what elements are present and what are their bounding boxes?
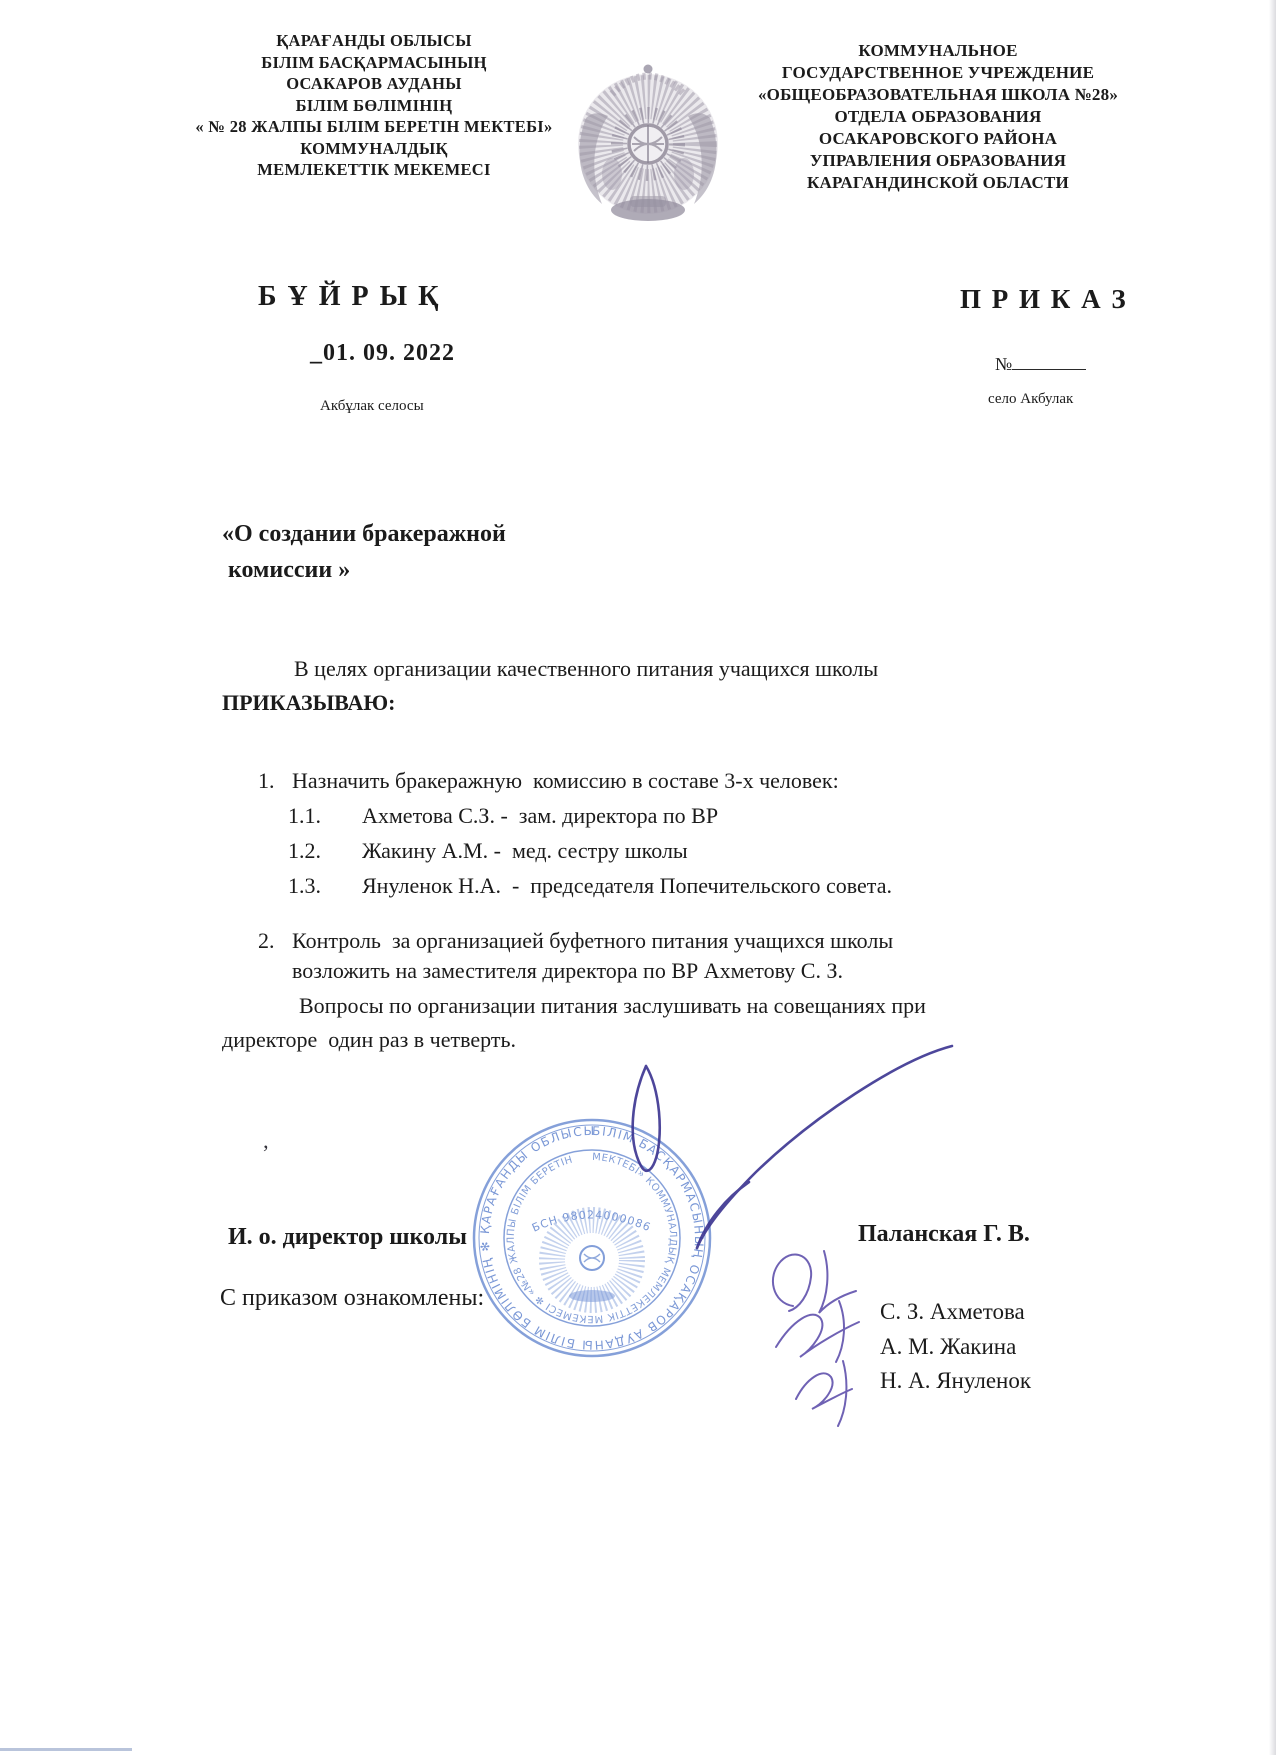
org-name-kazakh-line: БІЛІМ БАСҚАРМАСЫНЫҢ (178, 52, 570, 74)
order-subject: «О создании бракеражной комиссии » (222, 516, 506, 588)
org-name-russian: КОММУНАЛЬНОЕ ГОСУДАРСТВЕННОЕ УЧРЕЖДЕНИЕ … (733, 40, 1143, 194)
subitem-number: 1.3. (288, 868, 362, 903)
org-name-kazakh-line: ОСАКАРОВ АУДАНЫ (178, 73, 570, 95)
intro-paragraph: В целях организации качественного питани… (222, 653, 1102, 685)
order-item-2-line-3: Вопросы по организации питания заслушива… (299, 993, 926, 1019)
order-title-russian: П Р И К А З (960, 284, 1180, 315)
decree-word: ПРИКАЗЫВАЮ: (222, 690, 395, 716)
subitem-number: 1.2. (288, 833, 362, 868)
order-number-label: № (995, 354, 1012, 374)
org-name-russian-line: КАРАГАНДИНСКОЙ ОБЛАСТИ (733, 172, 1143, 194)
signer-position-label: И. о. директор школы (228, 1224, 467, 1251)
acknowledged-label: С приказом ознакомлены: (220, 1285, 484, 1312)
kazakhstan-emblem-icon (572, 52, 722, 232)
org-name-kazakh-line: КОММУНАЛДЫҚ (178, 138, 570, 160)
order-title-kazakh: Б Ұ Й Р Ы Қ (258, 281, 508, 313)
acknowledged-name: С. З. Ахметова (880, 1295, 1031, 1330)
order-subitem-2: 1.2. Жакину А.М. - мед. сестру школы (288, 833, 1188, 868)
order-place-kazakh: Акбұлак селосы (320, 398, 424, 415)
org-name-kazakh-line: « № 28 ЖАЛПЫ БІЛІМ БЕРЕТІН МЕКТЕБІ» (178, 116, 570, 138)
org-name-kazakh: ҚАРАҒАНДЫ ОБЛЫСЫ БІЛІМ БАСҚАРМАСЫНЫҢ ОСА… (178, 30, 570, 181)
org-name-russian-line: ОТДЕЛА ОБРАЗОВАНИЯ (733, 106, 1143, 128)
subject-line-2: комиссии » (222, 552, 506, 588)
org-name-russian-line: ГОСУДАРСТВЕННОЕ УЧРЕЖДЕНИЕ (733, 62, 1143, 84)
scan-edge-right (1269, 0, 1276, 1755)
acknowledgment-signatures-ink (773, 1251, 859, 1426)
org-name-russian-line: «ОБЩЕОБРАЗОВАТЕЛЬНАЯ ШКОЛА №28» (733, 84, 1143, 106)
order-item-2: 2. Контроль за организацией буфетного пи… (258, 924, 1158, 958)
subitem-number: 1.1. (288, 798, 362, 833)
order-number: № (995, 353, 1086, 375)
order-date: _01. 09. 2022 (310, 340, 455, 367)
order-item-2-line-2: возложить на заместителя директора по ВР… (292, 958, 843, 984)
scan-edge-bottom (0, 1748, 132, 1751)
director-signature-ink (633, 1046, 952, 1248)
acknowledged-name: Н. А. Януленок (880, 1364, 1031, 1399)
acknowledged-names: С. З. Ахметова А. М. Жакина Н. А. Янулен… (880, 1295, 1031, 1399)
item-text: Контроль за организацией буфетного питан… (292, 924, 893, 958)
document-page: ҚАРАҒАНДЫ ОБЛЫСЫ БІЛІМ БАСҚАРМАСЫНЫҢ ОСА… (0, 0, 1276, 1755)
org-name-kazakh-line: МЕМЛЕКЕТТІК МЕКЕМЕСІ (178, 159, 570, 181)
stray-ink-mark: ’ (262, 1140, 269, 1166)
subitem-text: Жакину А.М. - мед. сестру школы (362, 833, 688, 868)
subject-line-1: «О создании бракеражной (222, 516, 506, 552)
director-name: Паланская Г. В. (858, 1221, 1030, 1248)
item-text: Назначить бракеражную комиссию в составе… (292, 763, 839, 798)
item-number: 1. (258, 763, 292, 798)
acknowledged-name: А. М. Жакина (880, 1330, 1031, 1365)
org-name-russian-line: УПРАВЛЕНИЯ ОБРАЗОВАНИЯ (733, 150, 1143, 172)
org-name-russian-line: КОММУНАЛЬНОЕ (733, 40, 1143, 62)
org-name-russian-line: ОСАКАРОВСКОГО РАЙОНА (733, 128, 1143, 150)
subitem-text: Ахметова С.З. - зам. директора по ВР (362, 798, 718, 833)
order-item-1: 1. Назначить бракеражную комиссию в сост… (258, 763, 1158, 798)
item-number: 2. (258, 924, 292, 958)
order-subitem-1: 1.1. Ахметова С.З. - зам. директора по В… (288, 798, 1188, 833)
order-number-blank-line (1012, 353, 1086, 370)
order-item-2-line-4: директоре один раз в четверть. (222, 1027, 516, 1053)
subitem-text: Януленок Н.А. - председателя Попечительс… (362, 868, 892, 903)
org-name-kazakh-line: БІЛІМ БӨЛІМІНІҢ (178, 95, 570, 117)
order-subitem-3: 1.3. Януленок Н.А. - председателя Попечи… (288, 868, 1188, 903)
order-place-russian: село Акбулак (988, 391, 1073, 408)
org-name-kazakh-line: ҚАРАҒАНДЫ ОБЛЫСЫ (178, 30, 570, 52)
